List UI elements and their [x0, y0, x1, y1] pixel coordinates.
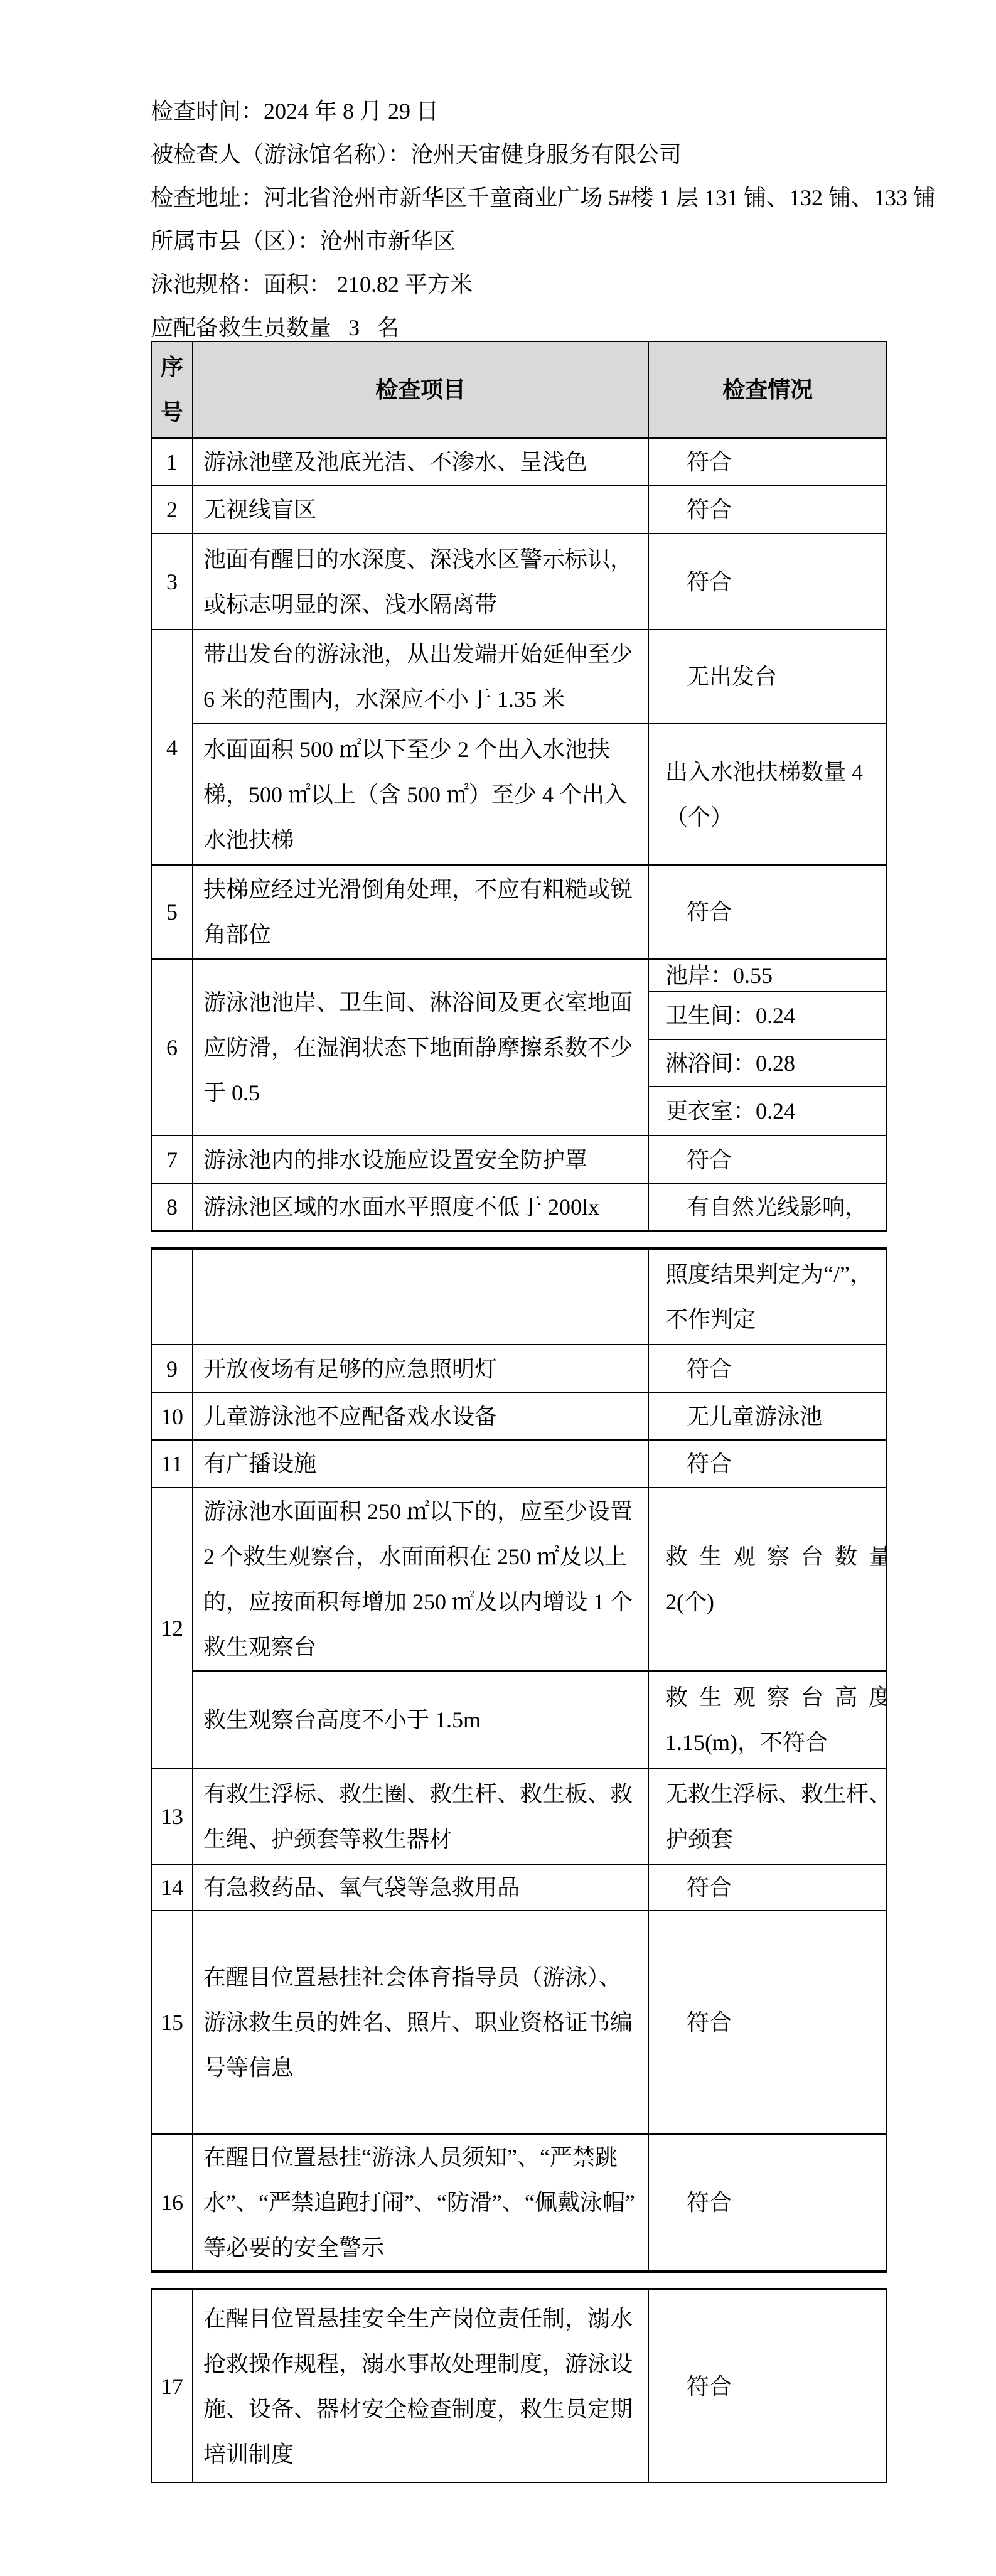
- table-row: 16 在醒目位置悬挂“游泳人员须知”、“严禁跳 水”、“严禁追跑打闹”、“防滑”…: [151, 2134, 887, 2272]
- inspection-time-line: 检查时间：2024 年 8 月 29 日: [151, 90, 929, 133]
- row-13-status: 无救生浮标、救生杆、 护颈套: [648, 1768, 887, 1864]
- table-row: 7 游泳池内的排水设施应设置安全防护罩 符合: [151, 1135, 887, 1184]
- row-6-status-locker: 更衣室：0.24: [648, 1087, 887, 1135]
- row-8-item: 游泳池区域的水面水平照度不低于 200lx: [193, 1184, 648, 1231]
- pool-spec-line: 泳池规格：面积： 210.82 平方米: [151, 263, 929, 306]
- table-row: 13 有救生浮标、救生圈、救生杆、救生板、救 生绳、护颈套等救生器材 无救生浮标…: [151, 1768, 887, 1864]
- district-line: 所属市县（区）：沧州市新华区: [151, 220, 929, 263]
- row-16-item: 在醒目位置悬挂“游泳人员须知”、“严禁跳 水”、“严禁追跑打闹”、“防滑”、“佩…: [193, 2134, 648, 2272]
- column-header-no: 序 号: [151, 341, 193, 438]
- row-17-status: 符合: [648, 2289, 887, 2482]
- row-9-number: 9: [151, 1344, 193, 1393]
- table-row: 12 游泳池水面面积 250 ㎡以下的，应至少设置 2 个救生观察台，水面面积在…: [151, 1488, 887, 1671]
- inspected-party-line: 被检查人（游泳馆名称）：沧州天宙健身服务有限公司: [151, 133, 929, 176]
- row-1-number: 1: [151, 438, 193, 486]
- table-row: 8 游泳池区域的水面水平照度不低于 200lx 有自然光线影响，: [151, 1184, 887, 1231]
- inspection-address-line: 检查地址：河北省沧州市新华区千童商业广场 5#楼 1 层 131 铺、132 铺…: [151, 176, 929, 220]
- table-row: 14 有急救药品、氧气袋等急救用品 符合: [151, 1864, 887, 1911]
- row-10-number: 10: [151, 1393, 193, 1440]
- row-10-status: 无儿童游泳池: [648, 1393, 887, 1440]
- row-5-status: 符合: [648, 865, 887, 959]
- row-2-number: 2: [151, 486, 193, 534]
- table-row: 救生观察台高度不小于 1.5m 救 生 观 察 台 高 度 1.15(m)，不符…: [151, 1671, 887, 1768]
- table-row: 2 无视线盲区 符合: [151, 486, 887, 534]
- table-row: 3 池面有醒目的水深度、深浅水区警示标识， 或标志明显的深、浅水隔离带 符合: [151, 534, 887, 630]
- row-15-item: 在醒目位置悬挂社会体育指导员（游泳）、 游泳救生员的姓名、照片、职业资格证书编 …: [193, 1911, 648, 2134]
- inspection-table-part-1: 序 号 检查项目 检查情况 1 游泳池壁及池底光洁、不渗水、呈浅色 符合 2 无…: [151, 341, 887, 1232]
- row-13-number: 13: [151, 1768, 193, 1864]
- row-6-status-pool-deck: 池岸：0.55: [648, 959, 887, 992]
- row-4-status-a: 无出发台: [648, 630, 887, 724]
- table-row: 15 在醒目位置悬挂社会体育指导员（游泳）、 游泳救生员的姓名、照片、职业资格证…: [151, 1911, 887, 2134]
- row-3-item: 池面有醒目的水深度、深浅水区警示标识， 或标志明显的深、浅水隔离带: [193, 534, 648, 630]
- row-17-number: 17: [151, 2289, 193, 2482]
- table-row: 水面面积 500 ㎡以下至少 2 个出入水池扶 梯，500 ㎡以上（含 500 …: [151, 724, 887, 865]
- row-12-item-b: 救生观察台高度不小于 1.5m: [193, 1671, 648, 1768]
- row-7-number: 7: [151, 1135, 193, 1184]
- row-7-status: 符合: [648, 1135, 887, 1184]
- row-15-number: 15: [151, 1911, 193, 2134]
- column-header-status: 检查情况: [648, 341, 887, 438]
- row-6-status-restroom: 卫生间：0.24: [648, 992, 887, 1039]
- row-3-number: 3: [151, 534, 193, 630]
- table-header-row: 序 号 检查项目 检查情况: [151, 341, 887, 438]
- row-4-item-a: 带出发台的游泳池，从出发端开始延伸至少 6 米的范围内，水深应不小于 1.35 …: [193, 630, 648, 724]
- row-12-status-a: 救 生 观 察 台 数 量 2(个): [648, 1488, 887, 1671]
- row-16-number: 16: [151, 2134, 193, 2272]
- row-12-number: 12: [151, 1488, 193, 1768]
- row-14-status: 符合: [648, 1864, 887, 1911]
- row-12-status-b: 救 生 观 察 台 高 度 1.15(m)，不符合: [648, 1671, 887, 1768]
- row-7-item: 游泳池内的排水设施应设置安全防护罩: [193, 1135, 648, 1184]
- row-15-status: 符合: [648, 1911, 887, 2134]
- row-11-item: 有广播设施: [193, 1440, 648, 1488]
- row-2-item: 无视线盲区: [193, 486, 648, 534]
- row-11-number: 11: [151, 1440, 193, 1488]
- row-13-item: 有救生浮标、救生圈、救生杆、救生板、救 生绳、护颈套等救生器材: [193, 1768, 648, 1864]
- row-2-status: 符合: [648, 486, 887, 534]
- row-8-number: 8: [151, 1184, 193, 1231]
- table-row: 1 游泳池壁及池底光洁、不渗水、呈浅色 符合: [151, 438, 887, 486]
- table-row: 9 开放夜场有足够的应急照明灯 符合: [151, 1344, 887, 1393]
- table-row: 4 带出发台的游泳池，从出发端开始延伸至少 6 米的范围内，水深应不小于 1.3…: [151, 630, 887, 724]
- table-row: 17 在醒目位置悬挂安全生产岗位责任制，溺水 抢救操作规程，溺水事故处理制度，游…: [151, 2289, 887, 2482]
- row-14-number: 14: [151, 1864, 193, 1911]
- table-row: 10 儿童游泳池不应配备戏水设备 无儿童游泳池: [151, 1393, 887, 1440]
- row-4-number: 4: [151, 630, 193, 865]
- row-1-status: 符合: [648, 438, 887, 486]
- row-3-status: 符合: [648, 534, 887, 630]
- row-1-item: 游泳池壁及池底光洁、不渗水、呈浅色: [193, 438, 648, 486]
- inspection-table-part-3: 17 在醒目位置悬挂安全生产岗位责任制，溺水 抢救操作规程，溺水事故处理制度，游…: [151, 2288, 887, 2483]
- row-11-status: 符合: [648, 1440, 887, 1488]
- row-5-item: 扶梯应经过光滑倒角处理，不应有粗糙或锐 角部位: [193, 865, 648, 959]
- row-8-status: 有自然光线影响，: [648, 1184, 887, 1231]
- table-row: 5 扶梯应经过光滑倒角处理，不应有粗糙或锐 角部位 符合: [151, 865, 887, 959]
- row-4-item-b: 水面面积 500 ㎡以下至少 2 个出入水池扶 梯，500 ㎡以上（含 500 …: [193, 724, 648, 865]
- row-17-item: 在醒目位置悬挂安全生产岗位责任制，溺水 抢救操作规程，溺水事故处理制度，游泳设 …: [193, 2289, 648, 2482]
- table-row: 照度结果判定为“/”， 不作判定: [151, 1248, 887, 1344]
- row-5-number: 5: [151, 865, 193, 959]
- row-9-status: 符合: [648, 1344, 887, 1393]
- row-6-number: 6: [151, 959, 193, 1135]
- table-row: 6 游泳池池岸、卫生间、淋浴间及更衣室地面 应防滑，在湿润状态下地面静摩擦系数不…: [151, 959, 887, 992]
- continuation-row-number-empty: [151, 1248, 193, 1344]
- row-16-status: 符合: [648, 2134, 887, 2272]
- continuation-row-item-empty: [193, 1248, 648, 1344]
- row-9-item: 开放夜场有足够的应急照明灯: [193, 1344, 648, 1393]
- inspection-table-part-2: 照度结果判定为“/”， 不作判定 9 开放夜场有足够的应急照明灯 符合 10 儿…: [151, 1247, 887, 2273]
- row-6-status-shower: 淋浴间：0.28: [648, 1039, 887, 1087]
- row-4-status-b: 出入水池扶梯数量 4 （个）: [648, 724, 887, 865]
- row-12-item-a: 游泳池水面面积 250 ㎡以下的，应至少设置 2 个救生观察台，水面面积在 25…: [193, 1488, 648, 1671]
- row-6-item: 游泳池池岸、卫生间、淋浴间及更衣室地面 应防滑，在湿润状态下地面静摩擦系数不少 …: [193, 959, 648, 1135]
- table-row: 11 有广播设施 符合: [151, 1440, 887, 1488]
- document-header: 检查时间：2024 年 8 月 29 日 被检查人（游泳馆名称）：沧州天宙健身服…: [151, 90, 929, 350]
- row-14-item: 有急救药品、氧气袋等急救用品: [193, 1864, 648, 1911]
- continuation-row-status: 照度结果判定为“/”， 不作判定: [648, 1248, 887, 1344]
- column-header-item: 检查项目: [193, 341, 648, 438]
- document-page: 检查时间：2024 年 8 月 29 日 被检查人（游泳馆名称）：沧州天宙健身服…: [0, 0, 996, 2576]
- row-10-item: 儿童游泳池不应配备戏水设备: [193, 1393, 648, 1440]
